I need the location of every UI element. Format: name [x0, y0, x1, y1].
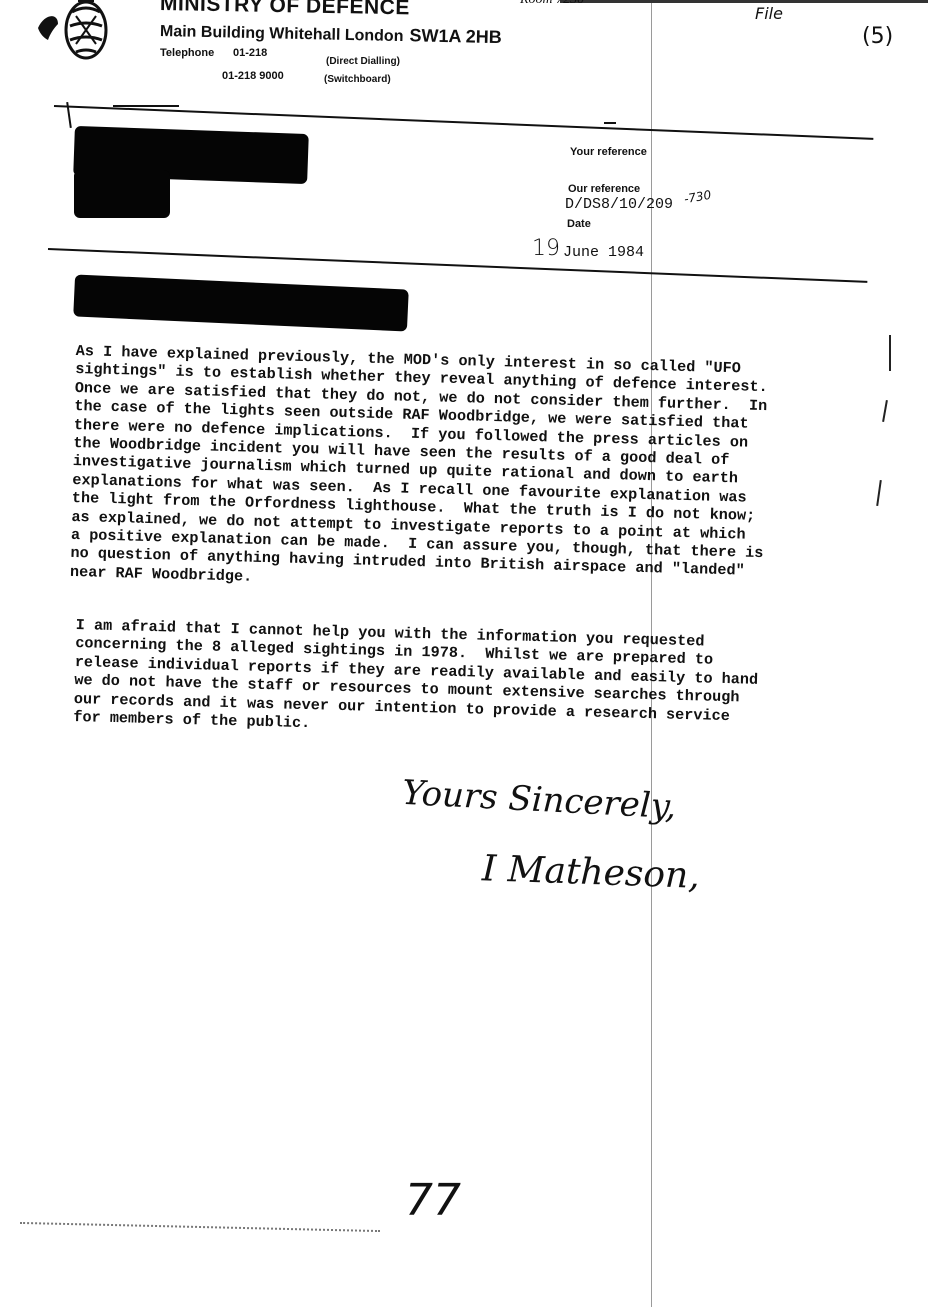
address-bottom-rule — [48, 248, 867, 283]
date-label: Date — [567, 218, 591, 230]
body-paragraph-1: As I have explained previously, the MOD'… — [70, 342, 836, 601]
redacted-salutation — [73, 274, 409, 331]
tick-mark — [113, 105, 179, 107]
your-reference-label: Your reference — [570, 146, 647, 158]
body-paragraph-2: I am afraid that I cannot help you with … — [73, 616, 836, 746]
scan-noise-line — [20, 1222, 380, 1236]
postcode: SW1A 2HB — [409, 25, 502, 47]
signature: I Matheson, — [481, 848, 700, 897]
our-reference-label: Our reference — [568, 183, 640, 195]
top-edge-bar — [560, 0, 928, 3]
our-reference-handwritten-suffix: -730 — [683, 188, 712, 207]
our-reference-value: D/DS8/10/209 — [565, 196, 673, 213]
date-value: June 1984 — [563, 244, 644, 261]
direct-dial-number: 01-218 — [233, 47, 267, 59]
royal-crest-icon — [36, 0, 116, 64]
date-day-handwritten: 19 — [532, 236, 560, 261]
file-annotation: File — [755, 4, 783, 23]
room-note: Room 7230 — [520, 0, 584, 8]
redacted-recipient-address-lower — [74, 170, 170, 218]
organisation-address: Main Building Whitehall LondonSW1A 2HB — [160, 20, 502, 48]
telephone-label: Telephone — [160, 47, 214, 59]
switchboard-note: (Switchboard) — [324, 74, 391, 85]
valediction: Yours Sincerely, — [401, 773, 677, 827]
margin-scan-mark — [889, 335, 891, 371]
page-number: 77 — [405, 1175, 461, 1226]
switchboard-number: 01-218 9000 — [222, 70, 284, 82]
margin-scan-mark — [876, 480, 882, 506]
organisation-name: MINISTRY OF DEFENCE — [160, 0, 410, 20]
folio-mark: (5) — [862, 24, 893, 49]
margin-scan-mark — [882, 400, 888, 422]
direct-dial-note: (Direct Dialling) — [326, 56, 400, 67]
address-line: Main Building Whitehall London — [160, 23, 404, 45]
tick-mark — [604, 122, 616, 124]
